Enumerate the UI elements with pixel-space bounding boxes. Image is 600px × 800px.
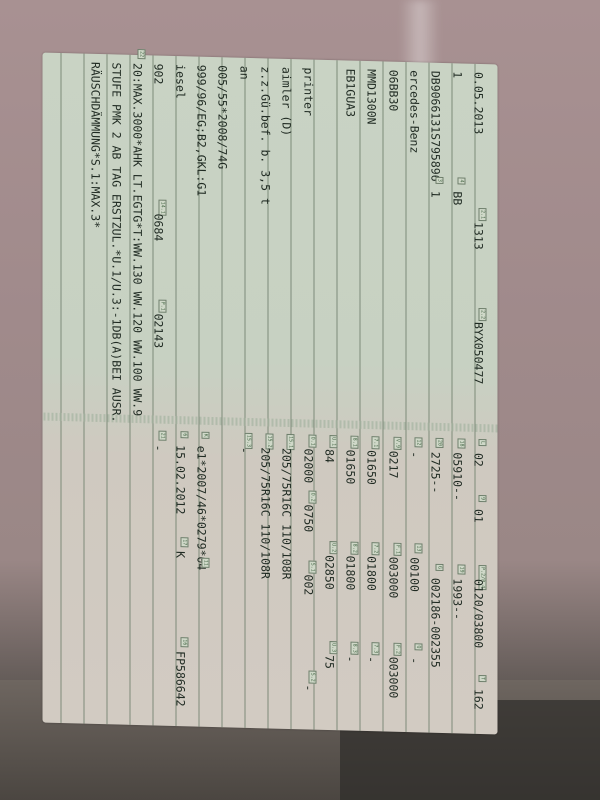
field-label: P.1 [159,300,167,313]
document-row [211,432,234,723]
document-row: 06BB30 [381,69,404,430]
field-value: 01800 [360,556,383,591]
field-label: 7.2 [372,542,380,555]
document-row [19,60,42,421]
field-value: RÄUSCHDÄMMUNG*S.1:MAX.3* [83,62,106,229]
field-value: 902 [147,63,170,84]
document-row: 14BB [445,71,468,432]
field-value: 003000 [381,556,404,598]
field-value: 02850 [317,555,340,590]
field-label: 17 [180,537,188,547]
document-row: DB9066131S79589631 [424,71,447,432]
field-label: V.9 [393,437,401,450]
field-value: 00100 [403,557,426,592]
document-row: 12-1300100Q- [403,437,426,728]
field-value: 01 [467,509,490,523]
field-value: 003000 [381,656,404,698]
field-label: G [436,564,444,571]
field-value: STUFE PMK 2 AB TAG ERSTZUL.*U.1/U.3:-1DB… [104,62,127,423]
document-row: L02901P.2/P.40120/03800T162 [467,439,490,730]
field-value: 0217 [381,450,404,478]
field-value: - [296,684,319,692]
field-value: 1 [424,191,447,199]
field-label: 8.3 [351,642,359,655]
document-row [104,429,127,720]
field-value: - [360,656,383,664]
field-value: 205/75R16C 110/108R [275,448,298,580]
document-row: 202725--G002186-002355 [424,438,447,729]
document-row: RÄUSCHDÄMMUNG*S.1:MAX.3* [83,62,106,423]
field-label: 7.1 [372,436,380,449]
field-value: EB1GUA3 [339,68,362,117]
document-row: 1805910--191993-- [445,438,468,729]
field-label: 9 [479,495,487,502]
field-value: 05910-- [445,452,468,501]
field-value: aimler (D) [275,67,298,137]
field-label: 19 [457,564,465,574]
field-value: - [403,657,426,665]
field-value: 0.05.2013 [467,72,490,135]
field-label: 3 [436,177,444,184]
document-row: an [232,66,255,427]
field-value: - [232,447,255,455]
field-value: MMD1300N [360,69,383,125]
field-label: U.2 [329,541,337,554]
field-value: 1993-- [445,578,468,620]
field-value: 02000 [296,448,319,483]
document-row: 21- [147,430,170,721]
field-value: 1 [445,71,468,79]
field-value: 0684 [147,213,170,241]
field-value: 01800 [339,555,362,590]
document-row: iesel [168,64,191,425]
field-label: 16 [180,637,188,647]
field-value: 1313 [467,222,490,250]
field-value: 0750 [296,504,319,532]
document-row: 999/96/EG;B2,GKL:G1 [190,64,213,425]
document-row: 15.3- [232,433,255,724]
field-label: 21 [159,431,167,441]
field-value: - [403,451,426,459]
document-row: 005/55*2008/74G [211,65,234,426]
field-value: DB9066131S795896 [424,71,447,182]
document-row: 90214.10684P.102143 [147,63,170,424]
field-label: Q [415,643,423,650]
field-label: 20 [436,438,444,448]
field-value: 2725-- [424,452,447,494]
document-row: V.90217F.1003000F.2003000 [381,436,404,727]
field-label: 18 [457,438,465,448]
field-value: an [232,66,255,80]
field-value: BB [445,191,468,205]
field-label: S.1 [308,560,316,573]
field-value: 005/55*2008/74G [211,65,234,169]
document-row: aimler (D) [275,67,298,428]
field-value: 002186-002355 [424,578,447,669]
document-row [317,68,340,429]
field-value: e1*2007/46*0279*04 [190,445,213,570]
field-value: 999/96/EG;B2,GKL:G1 [190,64,213,196]
field-value: 02 [467,453,490,467]
field-value: 20:MAX.3000*AHK LT.EGTG*T:WW.130 WW.120 … [126,63,149,417]
field-value: K [168,551,191,559]
field-value: 15.02.2012 [168,445,191,515]
document-row: ercedes-Benz [403,70,426,431]
document-row: U.184U.202850U.375 [317,435,340,726]
document-row: O.102000O.20750S.1002S.2- [296,434,319,725]
field-label: 6 [180,431,188,438]
field-value: BYX050477 [467,322,490,385]
document-row: printer [296,67,319,428]
field-label: 13 [415,543,423,553]
field-label: 8.2 [351,542,359,555]
field-label: O.1 [308,434,316,447]
document-row: 615.02.201217K16FP586642 [168,431,191,722]
field-value: - [147,444,170,452]
field-label: 11 [202,558,210,568]
document-row [0,59,21,420]
registration-document: 0.05.20132.113132.2BYX05047714BBDB906613… [43,53,498,735]
document-row [62,428,85,719]
document-row: 8.1016508.2018008.3- [339,435,362,726]
field-label: T [479,675,487,682]
field-label: U.1 [329,435,337,448]
document-row [83,429,106,720]
field-label: 8.1 [351,436,359,449]
field-value: FP586642 [168,651,191,707]
field-value: 75 [317,655,340,669]
field-value: 162 [467,689,490,710]
field-value: z.z.Gü.bef. b. 3,5 t [254,66,277,205]
field-value: 0120/03800 [467,579,490,649]
field-value: ercedes-Benz [403,70,426,154]
document-row: STUFE PMK 2 AB TAG ERSTZUL.*U.1/U.3:-1DB… [104,62,127,423]
document-row: 15.2205/75R16C 110/108R [254,433,277,724]
field-label: S.2 [308,670,316,683]
field-label: U.3 [329,641,337,654]
field-value: printer [296,67,319,116]
document-row: Ke1*2007/46*0279*0411 [190,431,213,722]
document-row: z.z.Gü.bef. b. 3,5 t [254,66,277,427]
field-value: 205/75R16C 110/108R [254,447,277,579]
field-label: L [479,439,487,446]
document-row [126,430,149,721]
field-value: 84 [317,449,340,463]
field-label: F.2 [393,643,401,656]
field-label: 4 [457,177,465,184]
field-value: 01650 [339,449,362,484]
field-value: 02143 [147,313,170,348]
document-wrapper: 0.05.20132.113132.2BYX05047714BBDB906613… [30,48,510,738]
field-label: 2.2 [479,308,487,321]
field-value: 06BB30 [381,69,404,111]
document-row [41,60,64,421]
field-value: iesel [168,64,191,99]
document-row: 2220:MAX.3000*AHK LT.EGTG*T:WW.130 WW.12… [126,63,149,424]
field-label: 2.1 [479,208,487,221]
field-label: O.2 [308,490,316,503]
field-label: 7.3 [372,642,380,655]
document-row: 15.1205/75R16C 110/108R [275,434,298,725]
field-label: K [202,432,210,439]
document-row: 7.1016507.2018007.3- [360,436,383,727]
document-row: 0.05.20132.113132.2BYX050477 [467,72,490,433]
field-label: 12 [415,437,423,447]
document-row: EB1GUA3 [339,68,362,429]
document-row [62,61,85,422]
field-value: 01650 [360,450,383,485]
field-label: F.1 [393,543,401,556]
field-label: 22 [138,49,146,59]
field-value: - [339,655,362,663]
document-row: MMD1300N [360,69,383,430]
field-value: 002 [296,574,319,595]
